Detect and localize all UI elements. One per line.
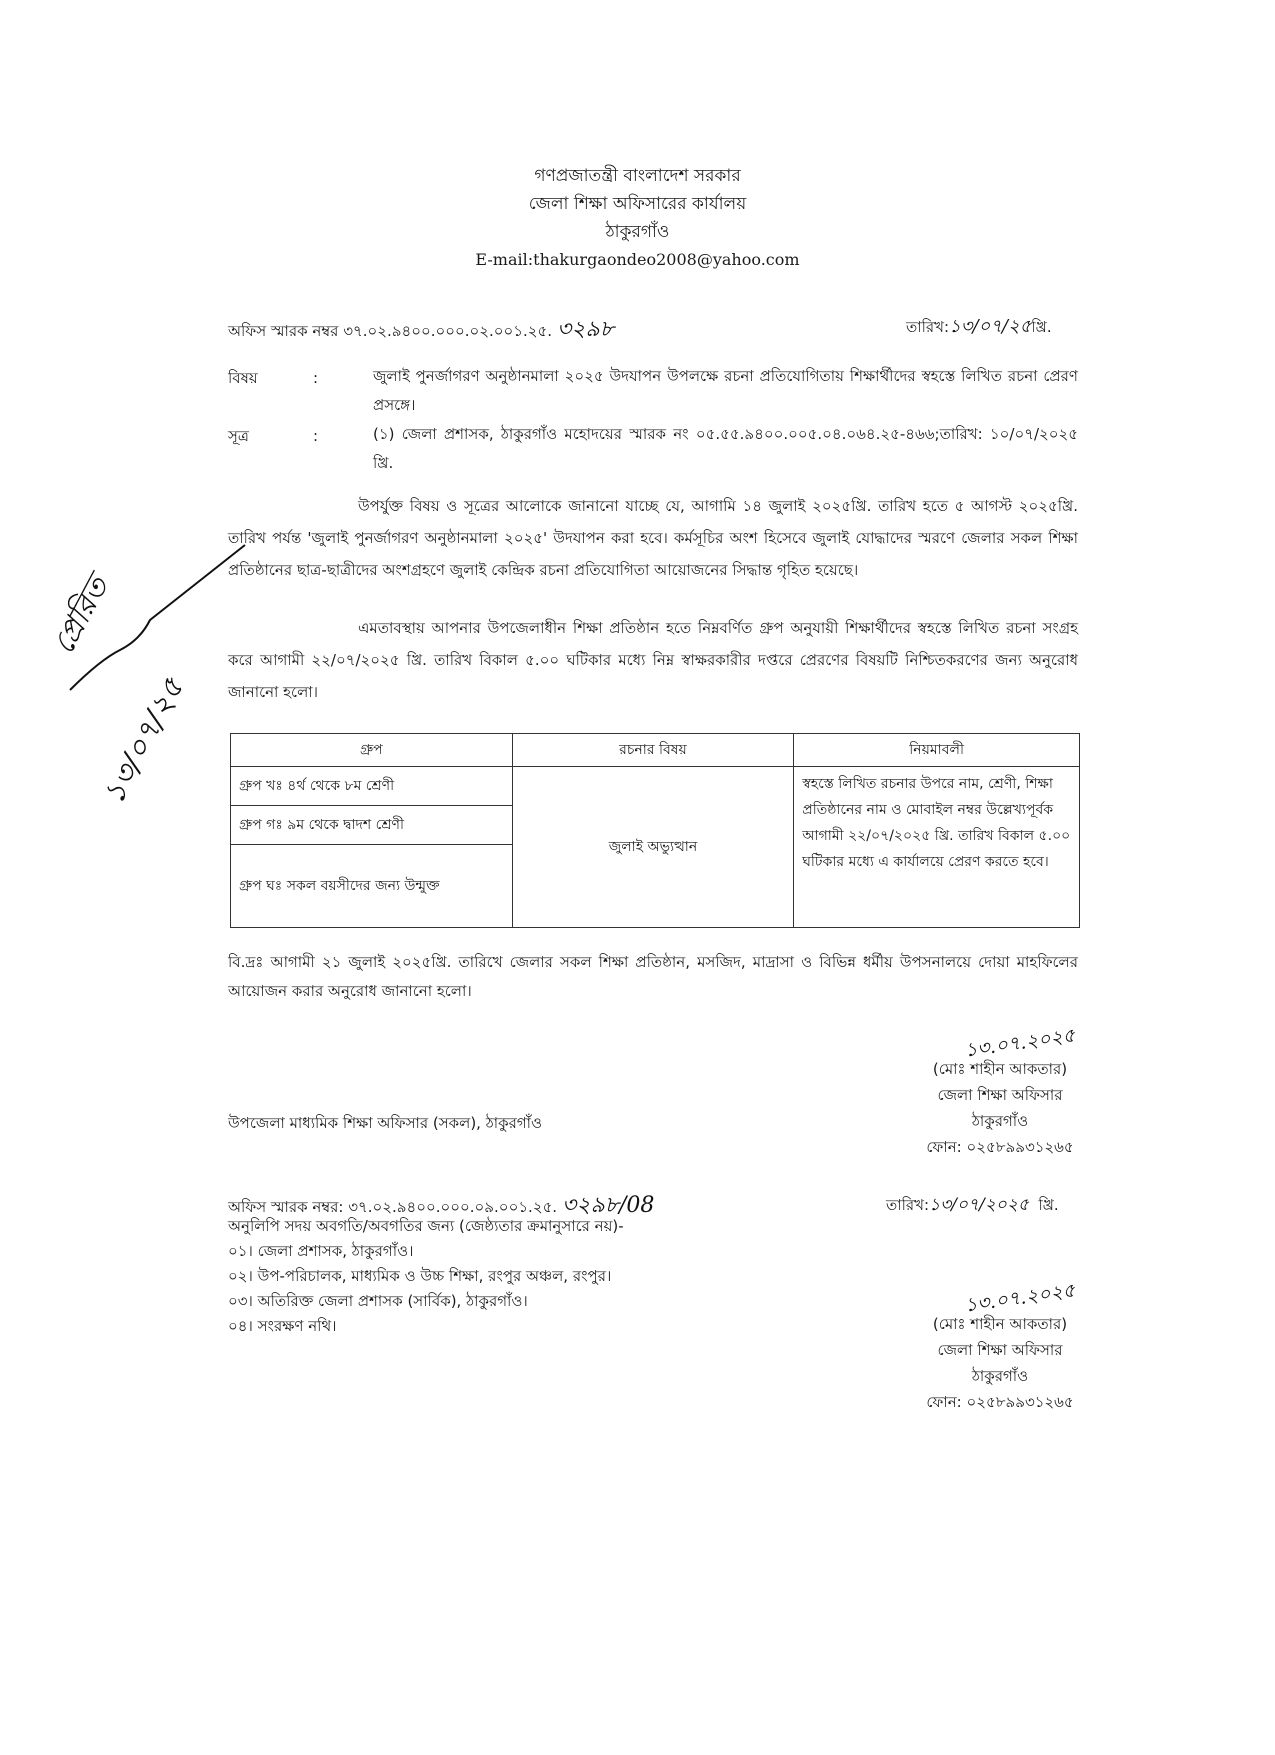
group-gha: গ্রুপ ঘঃ সকল বয়সীদের জন্য উন্মুক্ত — [231, 845, 513, 928]
date-label: তারিখ: — [886, 1196, 929, 1214]
signatory-designation: জেলা শিক্ষা অফিসার — [890, 1337, 1110, 1363]
rules-text: স্বহস্তে লিখিত রচনার উপরে নাম, শ্রেণী, শ… — [794, 767, 1080, 928]
margin-scribble-icon — [60, 540, 260, 700]
copy-to-item: ০১। জেলা প্রশাসক, ঠাকুরগাঁও। — [228, 1239, 624, 1264]
govt-title: গণপ্রজাতন্ত্রী বাংলাদেশ সরকার — [0, 162, 1275, 190]
office-location: ঠাকুরগাঁও — [0, 218, 1275, 246]
memo-number: অফিস স্মারক নম্বর ৩৭.০২.৯৪০০.০০০.০২.০০১.… — [228, 312, 614, 349]
date-label: তারিখ: — [906, 318, 949, 336]
office-title: জেলা শিক্ষা অফিসারের কার্যালয় — [0, 190, 1275, 218]
memo-date: তারিখ:১৩/০৭/২৫খ্রি. — [906, 312, 1052, 343]
subject-text: জুলাই পুনর্জাগরণ অনুষ্ঠানমালা ২০২৫ উদযাপ… — [373, 362, 1078, 420]
essay-topic: জুলাই অভ্যুত্থান — [512, 767, 794, 928]
memo-handwritten-number: ৩২৯৮ — [557, 317, 614, 342]
date-suffix: খ্রি. — [1031, 318, 1051, 336]
memo-label: অফিস স্মারক নম্বর ৩৭.০২.৯৪০০.০০০.০২.০০১.… — [228, 322, 552, 340]
copy-to-item: ০২। উপ-পরিচালক, মাধ্যমিক ও উচ্চ শিক্ষা, … — [228, 1264, 624, 1289]
signatory-phone: ফোন: ০২৫৮৯৯৩১২৬৫ — [890, 1389, 1110, 1415]
date-suffix: খ্রি. — [1038, 1196, 1058, 1214]
header-group: গ্রুপ — [231, 734, 513, 767]
competition-groups-table: গ্রুপ রচনার বিষয় নিয়মাবলী গ্রুপ খঃ ৪র্… — [230, 733, 1080, 928]
reference-colon: : — [313, 420, 373, 478]
recipient: উপজেলা মাধ্যমিক শিক্ষা অফিসার (সকল), ঠাক… — [228, 1112, 542, 1137]
signatory-place: ঠাকুরগাঁও — [890, 1363, 1110, 1389]
reference-label: সূত্র — [228, 420, 313, 478]
signatory-place: ঠাকুরগাঁও — [890, 1108, 1110, 1134]
copy-to-item: ০৪। সংরক্ষণ নথি। — [228, 1314, 624, 1339]
copy-to-title: অনুলিপি সদয় অবগতি/অবগতির জন্য (জেষ্ঠ্যত… — [228, 1214, 624, 1239]
table-row: গ্রুপ খঃ ৪র্থ থেকে ৮ম শ্রেণী জুলাই অভ্যু… — [231, 767, 1080, 806]
letterhead: গণপ্রজাতন্ত্রী বাংলাদেশ সরকার জেলা শিক্ষ… — [0, 162, 1275, 274]
subject-label: বিষয় — [228, 362, 313, 420]
copy-to-list: অনুলিপি সদয় অবগতি/অবগতির জন্য (জেষ্ঠ্যত… — [228, 1214, 624, 1339]
signatory-phone: ফোন: ০২৫৮৯৯৩১২৬৫ — [890, 1134, 1110, 1160]
table-header-row: গ্রুপ রচনার বিষয় নিয়মাবলী — [231, 734, 1080, 767]
signatory-name: (মোঃ শাহীন আকতার) — [890, 1056, 1110, 1082]
date-handwritten: ১৩/০৭/২০২৫ — [929, 1195, 1029, 1215]
reference-text: (১) জেলা প্রশাসক, ঠাকুরগাঁও মহোদয়ের স্ম… — [373, 420, 1078, 478]
body-paragraph-1: উপর্যুক্ত বিষয় ও সূত্রের আলোকে জানানো য… — [228, 490, 1078, 586]
header-rules: নিয়মাবলী — [794, 734, 1080, 767]
subject-row: বিষয় : জুলাই পুনর্জাগরণ অনুষ্ঠানমালা ২০… — [228, 362, 1078, 420]
signatory-designation: জেলা শিক্ষা অফিসার — [890, 1082, 1110, 1108]
signature-block-1: ১৩.০৭.২০২৫ (মোঃ শাহীন আকতার) জেলা শিক্ষা… — [890, 1030, 1110, 1160]
group-kha: গ্রুপ খঃ ৪র্থ থেকে ৮ম শ্রেণী — [231, 767, 513, 806]
body-paragraph-2: এমতাবস্থায় আপনার উপজেলাধীন শিক্ষা প্রতি… — [228, 612, 1078, 708]
group-ga: গ্রুপ গঃ ৯ম থেকে দ্বাদশ শ্রেণী — [231, 806, 513, 845]
subject-colon: : — [313, 362, 373, 420]
header-topic: রচনার বিষয় — [512, 734, 794, 767]
signatory-name: (মোঃ শাহীন আকতার) — [890, 1311, 1110, 1337]
copy-to-item: ০৩। অতিরিক্ত জেলা প্রশাসক (সার্বিক), ঠাক… — [228, 1289, 624, 1314]
reference-row: সূত্র : (১) জেলা প্রশাসক, ঠাকুরগাঁও মহোদ… — [228, 420, 1078, 478]
memo-2-date: তারিখ:১৩/০৭/২০২৫ খ্রি. — [886, 1192, 1059, 1220]
date-handwritten: ১৩/০৭/২৫ — [949, 316, 1031, 337]
special-note: বি.দ্রঃ আগামী ২১ জুলাই ২০২৫খ্রি. তারিখে … — [228, 948, 1078, 1006]
signature-block-2: ১৩.০৭.২০২৫ (মোঃ শাহীন আকতার) জেলা শিক্ষা… — [890, 1285, 1110, 1415]
office-email: E-mail:thakurgaondeo2008@yahoo.com — [0, 246, 1275, 274]
